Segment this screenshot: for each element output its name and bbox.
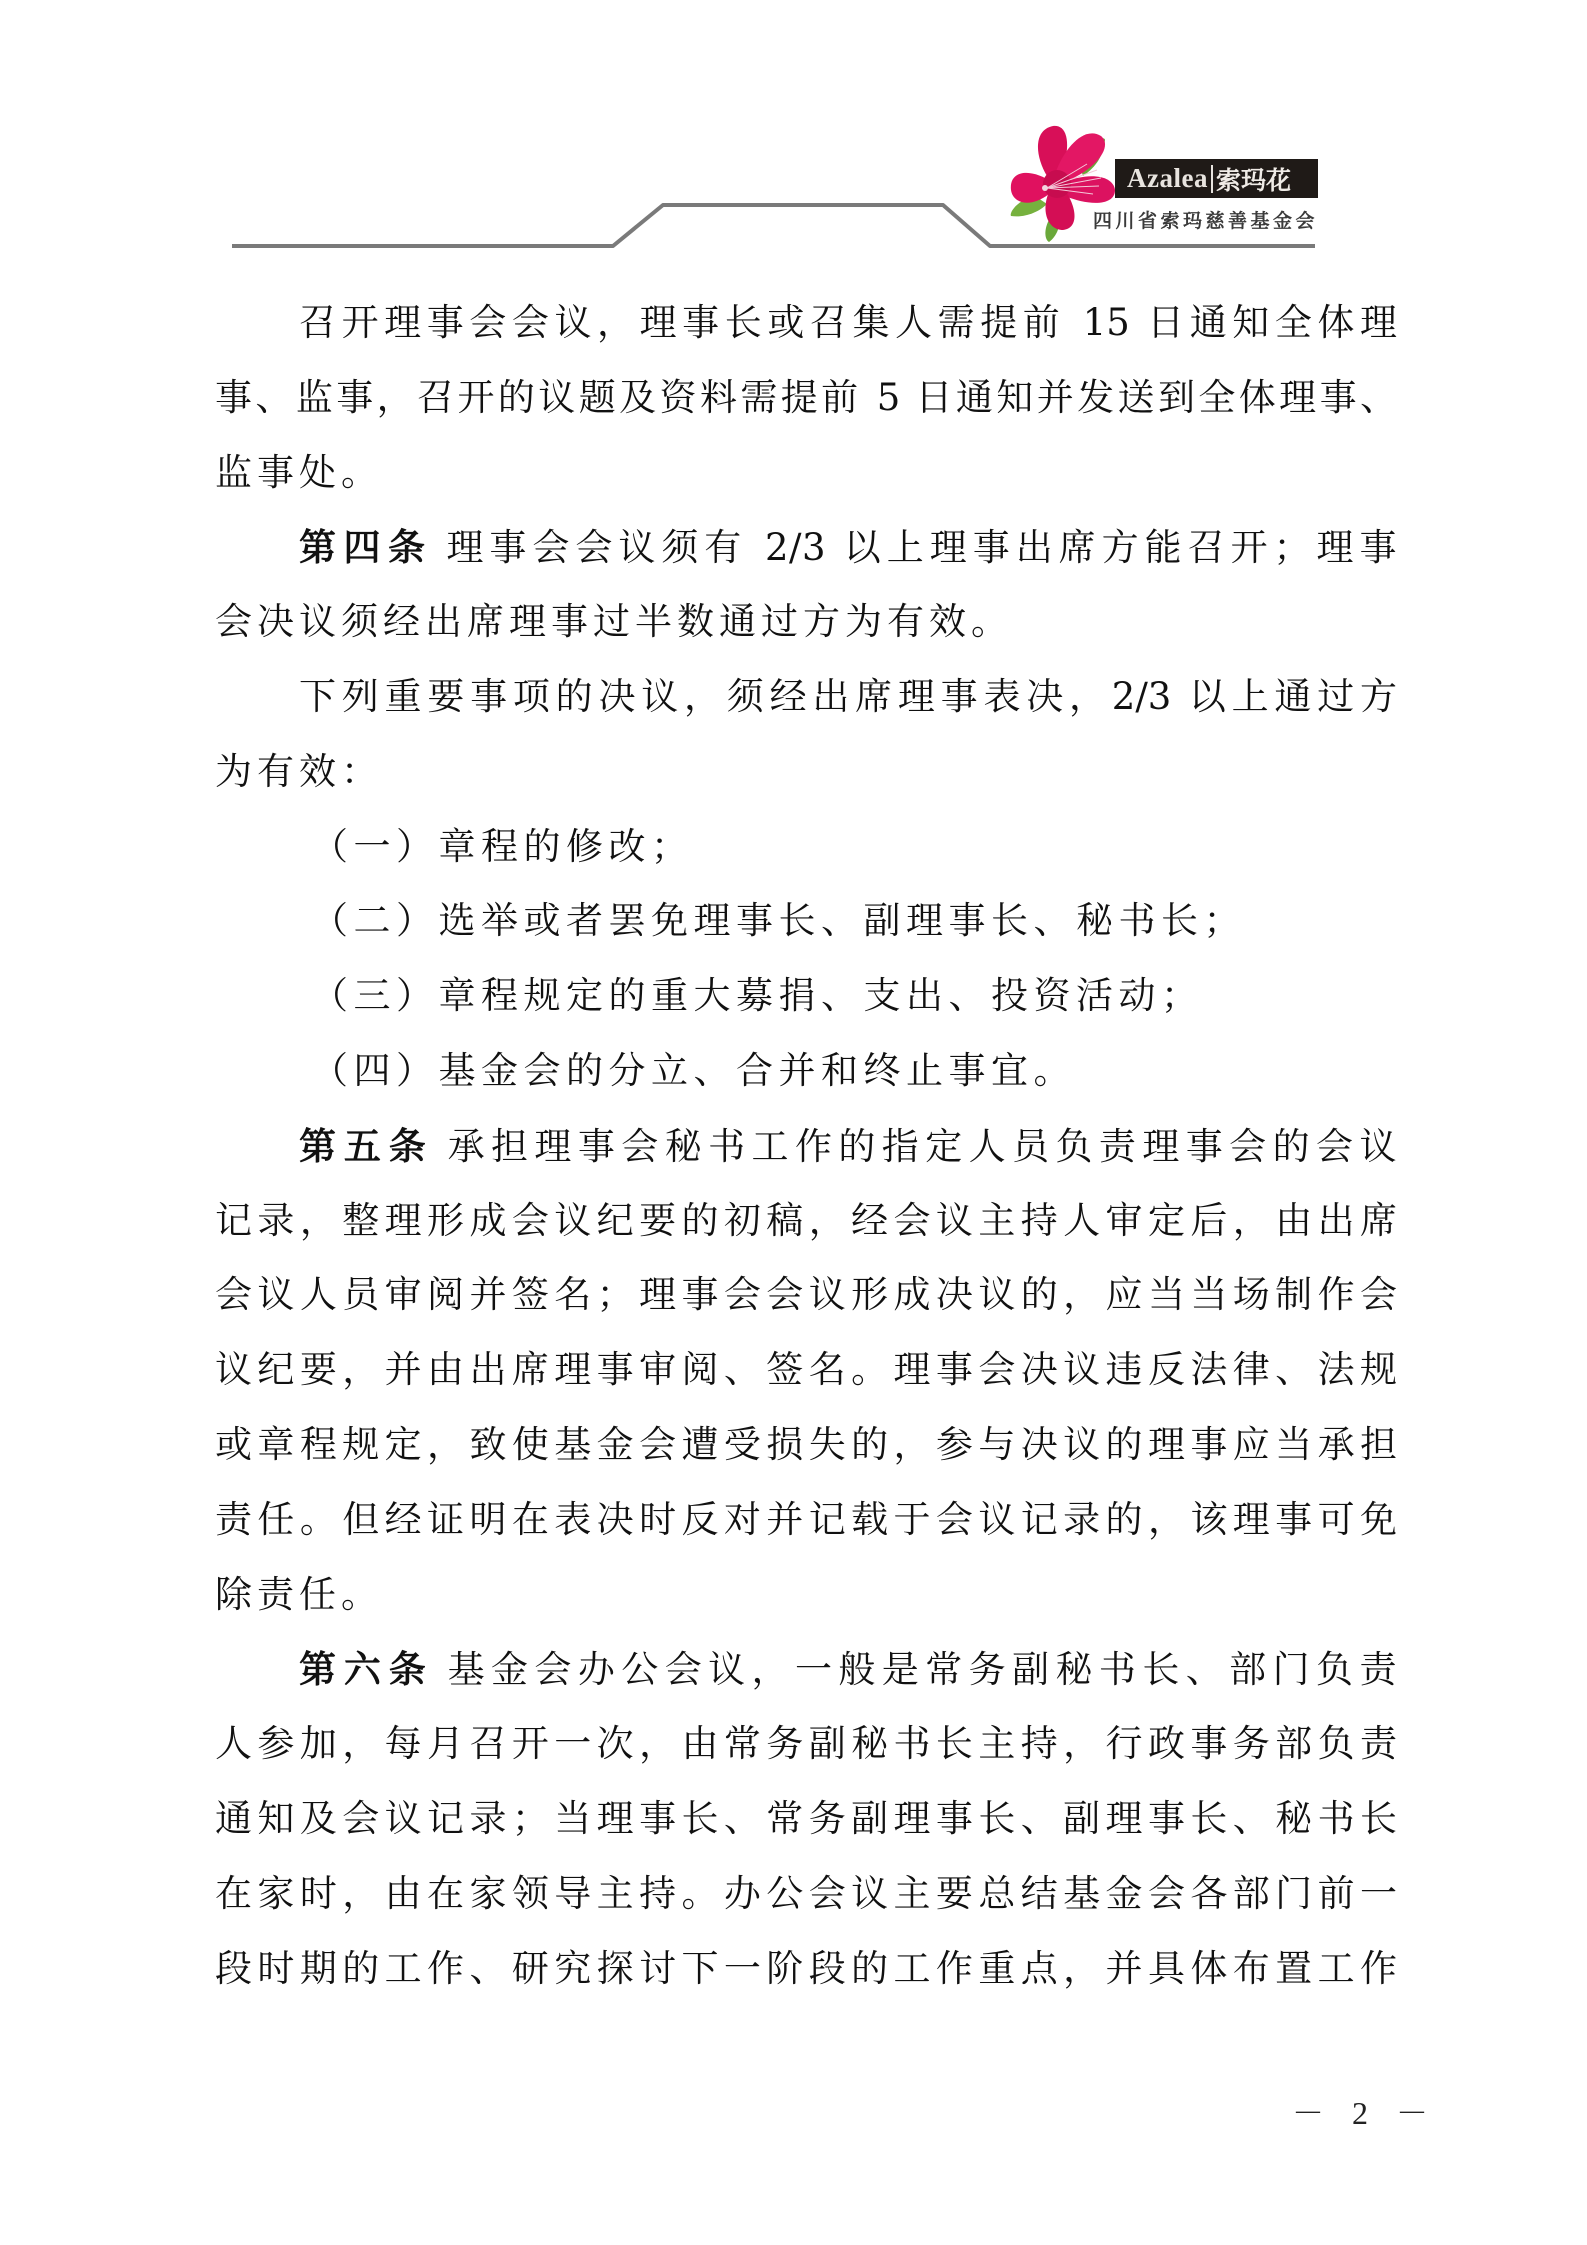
line-text: 除责任。 (215, 1573, 383, 1616)
line-text: 承担理事会秘书工作的指定人员负责理事会的会议 (448, 1125, 1397, 1168)
line-text: 在家时，由在家领导主持。办公会议主要总结基金会各部门前一 (215, 1872, 1397, 1915)
line-text: 监事处。 (215, 451, 383, 494)
paragraph-line: 议纪要，并由出席理事审阅、签名。理事会决议违反法律、法规 (215, 1349, 1397, 1424)
line-text: 通知及会议记录；当理事长、常务副理事长、副理事长、秘书长 (215, 1797, 1397, 1840)
logo-subtitle: 四川省索玛慈善基金会 (1093, 206, 1318, 233)
article-heading: 第六条 (299, 1647, 434, 1691)
paragraph-line: 或章程规定，致使基金会遭受损失的，参与决议的理事应当承担 (215, 1424, 1397, 1499)
paragraph-line: 除责任。 (215, 1574, 1397, 1649)
paragraph-line: 下列重要事项的决议，须经出席理事表决，2/3 以上通过方 (215, 676, 1397, 751)
logo-separator (1211, 165, 1213, 193)
paragraph-line: 人参加，每月召开一次，由常务副秘书长主持，行政事务部负责 (215, 1723, 1397, 1798)
azalea-flower-icon (1005, 118, 1125, 243)
article-4-line: 第四条理事会会议须有 2/3 以上理事出席方能召开；理事 (215, 526, 1397, 601)
paragraph-line: 通知及会议记录；当理事长、常务副理事长、副理事长、秘书长 (215, 1798, 1397, 1873)
list-item: （一）章程的修改； (215, 826, 1397, 901)
foundation-logo: Azalea 索玛花 四川省索玛慈善基金会 (1005, 118, 1325, 243)
line-text: 下列重要事项的决议，须经出席理事表决，2/3 以上通过方 (299, 675, 1397, 718)
paragraph-line: 会议人员审阅并签名；理事会会议形成决议的，应当当场制作会 (215, 1274, 1397, 1349)
article-heading: 第五条 (299, 1124, 434, 1168)
line-text: 记录，整理形成会议纪要的初稿，经会议主持人审定后，由出席 (215, 1199, 1397, 1242)
line-text: 基金会办公会议，一般是常务副秘书长、部门负责 (448, 1648, 1397, 1691)
article-heading: 第四条 (299, 525, 432, 569)
line-text: 理事会会议须有 2/3 以上理事出席方能召开；理事 (446, 526, 1397, 569)
list-item: （二）选举或者罢免理事长、副理事长、秘书长； (215, 900, 1397, 975)
paragraph-line: 事、监事，召开的议题及资料需提前 5 日通知并发送到全体理事、 (215, 377, 1397, 452)
paragraph-line: 监事处。 (215, 452, 1397, 527)
line-text: 责任。但经证明在表决时反对并记载于会议记录的，该理事可免 (215, 1498, 1397, 1541)
paragraph-line: 会决议须经出席理事过半数通过方为有效。 (215, 601, 1397, 676)
line-text: 事、监事，召开的议题及资料需提前 5 日通知并发送到全体理事、 (215, 376, 1397, 419)
list-item-text: （三）章程规定的重大募捐、支出、投资活动； (311, 974, 1204, 1017)
list-item: （四）基金会的分立、合并和终止事宜。 (215, 1050, 1397, 1125)
line-text: 会议人员审阅并签名；理事会会议形成决议的，应当当场制作会 (215, 1273, 1397, 1316)
list-item-text: （一）章程的修改； (311, 825, 694, 868)
line-text: 为有效： (215, 750, 383, 793)
document-body: 召开理事会会议，理事长或召集人需提前 15 日通知全体理 事、监事，召开的议题及… (215, 302, 1397, 2022)
article-6-line: 第六条基金会办公会议，一般是常务副秘书长、部门负责 (215, 1648, 1397, 1723)
paragraph-line: 段时期的工作、研究探讨下一阶段的工作重点，并具体布置工作 (215, 1948, 1397, 2023)
line-text: 人参加，每月召开一次，由常务副秘书长主持，行政事务部负责 (215, 1722, 1397, 1765)
article-5-line: 第五条承担理事会秘书工作的指定人员负责理事会的会议 (215, 1125, 1397, 1200)
paragraph-line: 记录，整理形成会议纪要的初稿，经会议主持人审定后，由出席 (215, 1200, 1397, 1275)
line-text: 段时期的工作、研究探讨下一阶段的工作重点，并具体布置工作 (215, 1947, 1397, 1990)
line-text: 议纪要，并由出席理事审阅、签名。理事会决议违反法律、法规 (215, 1348, 1397, 1391)
logo-latin-name: Azalea (1127, 163, 1208, 194)
logo-wordmark-bar: Azalea 索玛花 (1115, 159, 1318, 198)
paragraph-line: 为有效： (215, 751, 1397, 826)
header-rule (0, 0, 1587, 300)
logo-chinese-name: 索玛花 (1216, 161, 1291, 197)
line-text: 会决议须经出席理事过半数通过方为有效。 (215, 600, 1013, 643)
paragraph-line: 召开理事会会议，理事长或召集人需提前 15 日通知全体理 (215, 302, 1397, 377)
paragraph-line: 责任。但经证明在表决时反对并记载于会议记录的，该理事可免 (215, 1499, 1397, 1574)
line-text: 或章程规定，致使基金会遭受损失的，参与决议的理事应当承担 (215, 1423, 1397, 1466)
line-text: 召开理事会会议，理事长或召集人需提前 15 日通知全体理 (299, 301, 1397, 344)
list-item: （三）章程规定的重大募捐、支出、投资活动； (215, 975, 1397, 1050)
page-number: － 2 － (1292, 2088, 1438, 2134)
list-item-text: （二）选举或者罢免理事长、副理事长、秘书长； (311, 899, 1246, 942)
list-item-text: （四）基金会的分立、合并和终止事宜。 (311, 1049, 1076, 1092)
paragraph-line: 在家时，由在家领导主持。办公会议主要总结基金会各部门前一 (215, 1873, 1397, 1948)
